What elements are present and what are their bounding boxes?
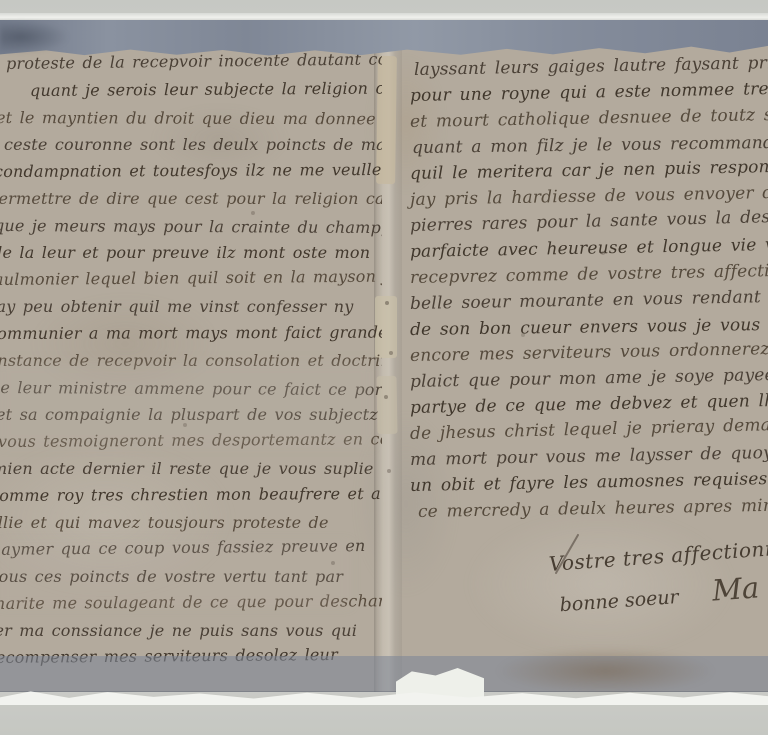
letter-right-page: layssant leurs gaiges lautre faysant pri… — [404, 57, 768, 617]
handwritten-line: vous tesmoigneront mes desportemantz en … — [0, 425, 382, 455]
manuscript-paper: proteste de la recepvoir inocente dautan… — [0, 44, 768, 692]
handwritten-line: ceste couronne sont les deulx poincts de… — [4, 131, 382, 158]
mount-edge-top — [0, 20, 768, 57]
handwritten-line: de leur ministre ammene pour ce faict ce… — [0, 374, 382, 403]
handwritten-line: charite me soulageant de ce que pour des… — [0, 587, 382, 617]
handwritten-line: maymer qua ce coup vous fassiez preuve e… — [0, 532, 382, 563]
handwritten-line: et le mayntien du droit que dieu ma donn… — [0, 104, 382, 132]
handwritten-line: comme roy tres chrestien mon beaufrere e… — [0, 480, 382, 509]
handwritten-line: mien acte dernier il reste que je vous s… — [0, 455, 382, 482]
handwritten-line: aulmonier lequel bien quil soit en la ma… — [0, 263, 382, 293]
handwritten-line: nay peu obtenir quil me vinst confesser … — [0, 293, 382, 320]
handwritten-line: de la leur et pour preuve ilz mont oste … — [0, 239, 382, 266]
signature-initials: Ma — [711, 570, 760, 607]
handwritten-line: que je meurs mays pour la crainte du cha… — [0, 212, 382, 241]
handwritten-line: proteste de la recepvoir inocente dautan… — [6, 50, 382, 77]
handwritten-line: ce mercredy a deulx heures apres minuit — [418, 493, 768, 525]
framed-manuscript-photo: proteste de la recepvoir inocente dautan… — [0, 0, 768, 735]
handwritten-line: condampnation et toutesfoys ilz ne me ve… — [0, 156, 382, 185]
handwritten-line: et sa compaignie la pluspart de vos subj… — [0, 401, 382, 428]
handwritten-line: permettre de dire que cest pour la relig… — [0, 185, 382, 212]
grey-smudge — [0, 20, 70, 54]
letter-left-page: proteste de la recepvoir inocente dautan… — [0, 50, 382, 682]
brown-smudge — [498, 648, 713, 694]
mat-bevel-top — [0, 13, 768, 21]
handwritten-line: ger ma conssiance je ne puis sans vous q… — [0, 617, 382, 644]
handwritten-line: instance de recepvoir la consolation et … — [0, 347, 382, 374]
ink-specks — [0, 0, 2, 2]
handwritten-line: quant je serois leur subjecte la religio… — [30, 75, 382, 104]
handwritten-line: tous ces poincts de vostre vertu tant pa… — [0, 563, 382, 590]
handwritten-line: communier a ma mort mays mont faict gran… — [0, 319, 382, 347]
